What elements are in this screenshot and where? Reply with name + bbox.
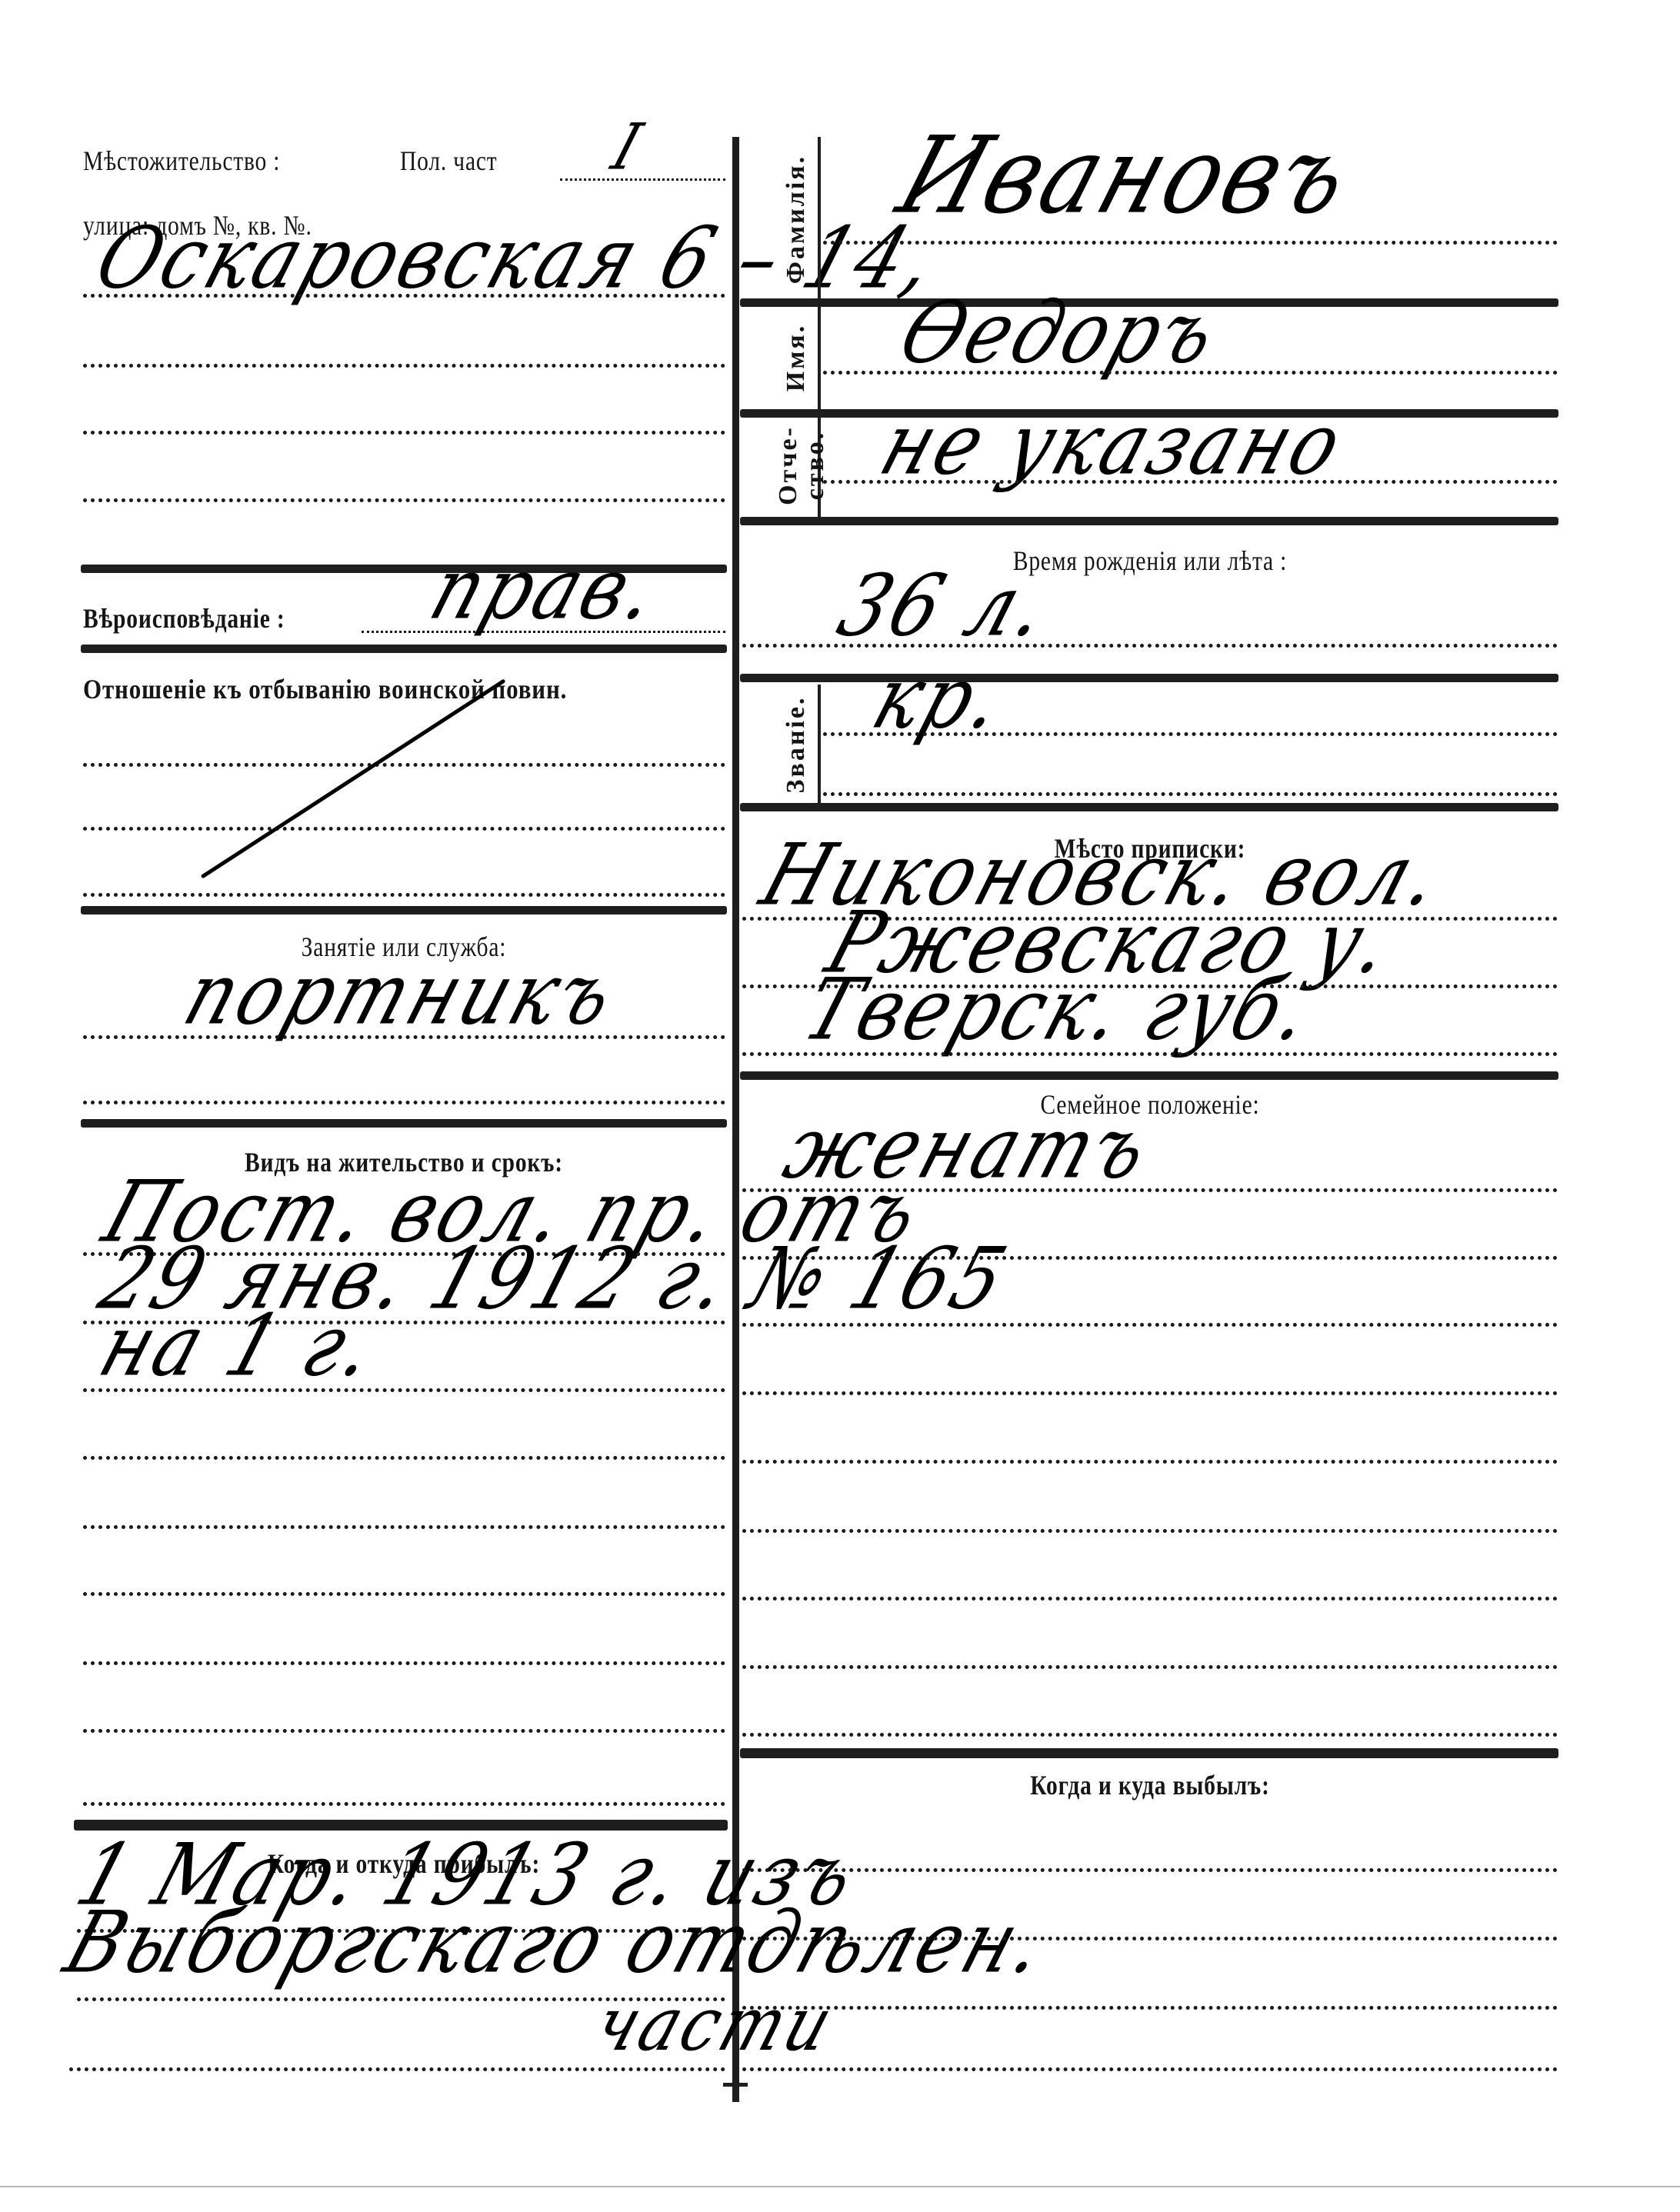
marital-line-2 [742,1256,1558,1260]
patronymic-label-line-1: Отче- [773,411,804,519]
divider-tick-bottom [723,2083,748,2087]
residence-label: Мѣстожительство : [83,145,280,177]
registration-line-3 [742,1052,1558,1056]
permit-line-6 [83,1592,725,1596]
birth-line [742,644,1558,648]
street-line-1 [83,294,725,298]
section-rule [740,803,1558,811]
marital-line-5 [742,1460,1558,1464]
permit-line-4 [83,1456,725,1460]
street-line-2 [83,364,725,368]
surname-value[interactable]: Ивановъ [885,115,1367,238]
patronymic-label-line-2: ство. [800,411,831,519]
marital-line-8 [742,1665,1558,1669]
military-line-2 [83,827,725,831]
permit-line-7 [83,1661,725,1665]
marital-line-3 [742,1323,1558,1327]
registration-place-line-3[interactable]: Тверск. губ. [792,960,1325,1059]
departure-line-2 [742,1937,1558,1940]
military-line-3 [83,893,725,897]
surname-line [823,241,1558,245]
departure-line-4 [742,2067,1558,2071]
permit-line-3 [83,1388,725,1392]
rank-line-2 [823,792,1558,796]
marital-line-1 [742,1188,1558,1192]
section-rule [740,517,1558,525]
section-rule [81,1119,727,1128]
marital-line-7 [742,1597,1558,1601]
arrival-dotted-3 [69,2067,725,2071]
permit-line-8 [83,1729,725,1733]
police-part-label: Пол. част [400,145,498,177]
military-dash-value[interactable] [201,678,506,878]
rank-label: Званіе. [781,675,812,814]
marital-line-4 [742,1391,1558,1395]
street-line-4 [83,498,725,502]
section-rule [740,1071,1558,1080]
permit-line-5 [83,1525,725,1529]
police-part-line [560,178,725,181]
section-rule [81,906,727,914]
arrival-line-3[interactable]: части [585,1980,846,2067]
first-name-label: Имя. [781,300,812,415]
first-name-line [823,371,1558,375]
religion-value[interactable]: прав. [419,539,672,638]
surname-label: Фамилія. [781,142,812,296]
paper-bottom-edge [0,2186,1680,2187]
police-part-value[interactable]: I [604,109,653,184]
arrival-line-2[interactable]: Выборгскаго отдѣлен. [54,1893,1060,1992]
patronymic-value[interactable]: не указано [869,395,1356,494]
military-line-1 [83,763,725,767]
permit-line-9 [83,1802,725,1806]
center-divider [732,137,739,2102]
departure-line-1 [742,1868,1558,1872]
marital-line-6 [742,1529,1558,1533]
section-rule [740,1748,1558,1758]
residence-permit-line-3[interactable]: на 1 г. [88,1296,389,1395]
label-divider-rank [818,685,821,806]
first-name-value[interactable]: Ѳедоръ [888,283,1231,382]
section-rule [740,674,1558,682]
departure-label: Когда и куда выбылъ: [815,1769,1484,1801]
occupation-value[interactable]: портникъ [173,944,628,1044]
street-line-3 [83,431,725,435]
rank-line-1 [823,732,1558,736]
section-rule [81,645,727,653]
religion-label: Вѣроисповѣданіе : [83,602,285,635]
departure-line-3 [742,2006,1558,2010]
patronymic-line [823,480,1558,484]
birth-value[interactable]: 36 л. [827,556,1062,655]
occupation-line-2 [83,1101,725,1104]
occupation-line-1 [83,1035,725,1039]
marital-line-9 [742,1733,1558,1737]
marital-status-value[interactable]: женатъ [773,1098,1163,1198]
